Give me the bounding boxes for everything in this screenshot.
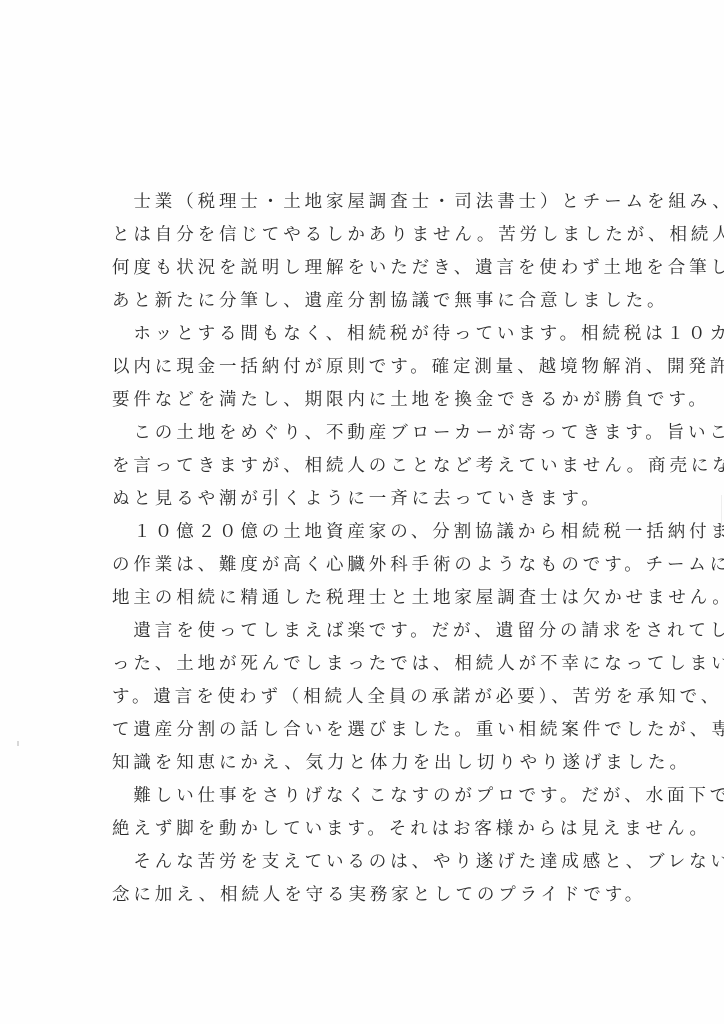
text-line: 地主の相続に精通した税理士と土地家屋調査士は欠かせません。 [112, 582, 608, 615]
paragraph-inheritance-tax: ホッとする間もなく、相続税が待っています。相続税は１０カ月 以内に現金一括納付が… [112, 318, 608, 417]
text-line: １０億２０億の土地資産家の、分割協議から相続税一括納付まで [112, 516, 608, 549]
scan-artifact [17, 741, 19, 746]
paragraph-will: 遺言を使ってしまえば楽です。だが、遺留分の請求をされてしま った、土地が死んでし… [112, 615, 608, 780]
text-line: 要件などを満たし、期限内に土地を換金できるかが勝負です。 [112, 384, 608, 417]
text-line: 以内に現金一括納付が原則です。確定測量、越境物解消、開発許可 [112, 351, 608, 384]
text-line: を言ってきますが、相続人のことなど考えていません。商売になら [112, 450, 608, 483]
text-line: 難しい仕事をさりげなくこなすのがプロです。だが、水面下では [112, 780, 608, 813]
paragraph-pride: そんな苦労を支えているのは、やり遂げた達成感と、ブレない信 念に加え、相続人を守… [112, 846, 608, 912]
text-line: あと新たに分筆し、遺産分割協議で無事に合意しました。 [112, 285, 608, 318]
paragraph-difficulty: １０億２０億の土地資産家の、分割協議から相続税一括納付まで の作業は、難度が高く… [112, 516, 608, 615]
scan-artifact [721, 495, 722, 535]
text-line: て遺産分割の話し合いを選びました。重い相続案件でしたが、専門 [112, 714, 608, 747]
text-line: この土地をめぐり、不動産ブローカーが寄ってきます。旨いこと [112, 417, 608, 450]
text-line: す。遺言を使わず（相続人全員の承諾が必要）、苦労を承知で、あえ [112, 681, 608, 714]
text-line: 絶えず脚を動かしています。それはお客様からは見えません。 [112, 813, 608, 846]
text-line: そんな苦労を支えているのは、やり遂げた達成感と、ブレない信 [112, 846, 608, 879]
text-line: った、土地が死んでしまったでは、相続人が不幸になってしまいま [112, 648, 608, 681]
paragraph-professional: 難しい仕事をさりげなくこなすのがプロです。だが、水面下では 絶えず脚を動かしてい… [112, 780, 608, 846]
body-text: 士業（税理士・土地家屋調査士・司法書士）とチームを組み、あ とは自分を信じてやる… [112, 186, 608, 912]
text-line: 念に加え、相続人を守る実務家としてのプライドです。 [112, 879, 608, 912]
text-line: 知識を知恵にかえ、気力と体力を出し切りやり遂げました。 [112, 747, 608, 780]
text-line: 士業（税理士・土地家屋調査士・司法書士）とチームを組み、あ [112, 186, 608, 219]
text-line: とは自分を信じてやるしかありません。苦労しましたが、相続人に [112, 219, 608, 252]
text-line: の作業は、難度が高く心臓外科手術のようなものです。チームには [112, 549, 608, 582]
text-line: 何度も状況を説明し理解をいただき、遺言を使わず土地を合筆した [112, 252, 608, 285]
text-line: ホッとする間もなく、相続税が待っています。相続税は１０カ月 [112, 318, 608, 351]
paragraph-brokers: この土地をめぐり、不動産ブローカーが寄ってきます。旨いこと を言ってきますが、相… [112, 417, 608, 516]
text-line: 遺言を使ってしまえば楽です。だが、遺留分の請求をされてしま [112, 615, 608, 648]
scanned-page: 士業（税理士・土地家屋調査士・司法書士）とチームを組み、あ とは自分を信じてやる… [0, 0, 724, 1024]
paragraph-team: 士業（税理士・土地家屋調査士・司法書士）とチームを組み、あ とは自分を信じてやる… [112, 186, 608, 318]
text-line: ぬと見るや潮が引くように一斉に去っていきます。 [112, 483, 608, 516]
